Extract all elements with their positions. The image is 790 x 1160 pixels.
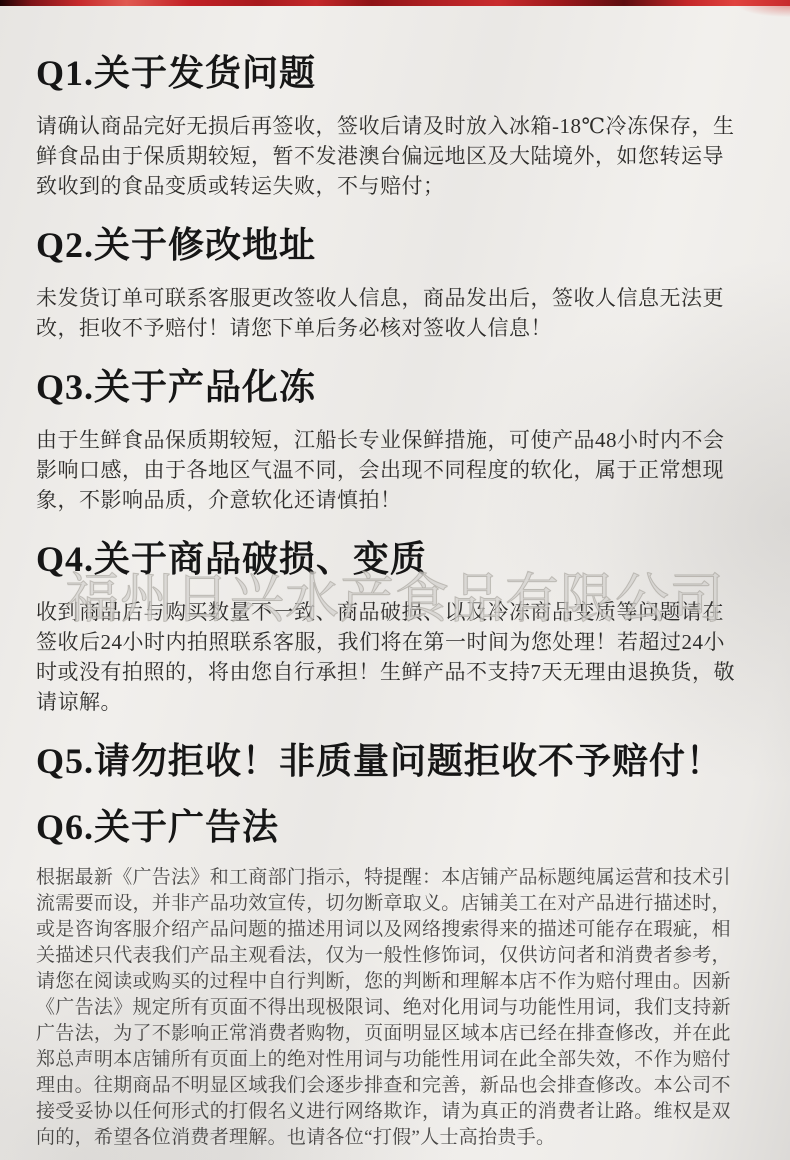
- top-red-banner-edge: [0, 0, 790, 6]
- faq-section-q6: Q6.关于广告法 根据最新《广告法》和工商部门指示，特提醒：本店铺产品标题纯属运…: [36, 805, 740, 1151]
- faq-section-q4: Q4.关于商品破损、变质 收到商品后与购买数量不一致、商品破损、以及冷冻商品变质…: [36, 537, 740, 717]
- faq-q2-title: Q2.关于修改地址: [36, 223, 740, 267]
- faq-section-q2: Q2.关于修改地址 未发货订单可联系客服更改签收人信息，商品发出后，签收人信息无…: [36, 223, 740, 343]
- faq-page: 福州日兴水产食品有限公司 Q1.关于发货问题 请确认商品完好无损后再签收，签收后…: [0, 0, 790, 1160]
- faq-q2-body: 未发货订单可联系客服更改签收人信息，商品发出后，签收人信息无法更改，拒收不予赔付…: [36, 283, 740, 343]
- top-red-glow: [738, 5, 790, 17]
- faq-q1-title: Q1.关于发货问题: [36, 51, 740, 95]
- faq-q3-title: Q3.关于产品化冻: [36, 365, 740, 409]
- faq-content: Q1.关于发货问题 请确认商品完好无损后再签收，签收后请及时放入冰箱-18℃冷冻…: [36, 0, 740, 1151]
- faq-section-q3: Q3.关于产品化冻 由于生鲜食品保质期较短，江船长专业保鲜措施，可使产品48小时…: [36, 365, 740, 515]
- faq-q6-body: 根据最新《广告法》和工商部门指示，特提醒：本店铺产品标题纯属运营和技术引流需要而…: [36, 865, 740, 1151]
- faq-q4-title: Q4.关于商品破损、变质: [36, 537, 740, 581]
- faq-q4-body: 收到商品后与购买数量不一致、商品破损、以及冷冻商品变质等问题请在签收后24小时内…: [36, 597, 740, 717]
- faq-q6-title: Q6.关于广告法: [36, 805, 740, 849]
- faq-section-q1: Q1.关于发货问题 请确认商品完好无损后再签收，签收后请及时放入冰箱-18℃冷冻…: [36, 51, 740, 201]
- faq-q5-title: Q5.请勿拒收！非质量问题拒收不予赔付！: [36, 739, 740, 783]
- faq-section-q5: Q5.请勿拒收！非质量问题拒收不予赔付！: [36, 739, 740, 783]
- faq-q1-body: 请确认商品完好无损后再签收，签收后请及时放入冰箱-18℃冷冻保存，生鲜食品由于保…: [36, 111, 740, 201]
- faq-q3-body: 由于生鲜食品保质期较短，江船长专业保鲜措施，可使产品48小时内不会影响口感，由于…: [36, 425, 740, 515]
